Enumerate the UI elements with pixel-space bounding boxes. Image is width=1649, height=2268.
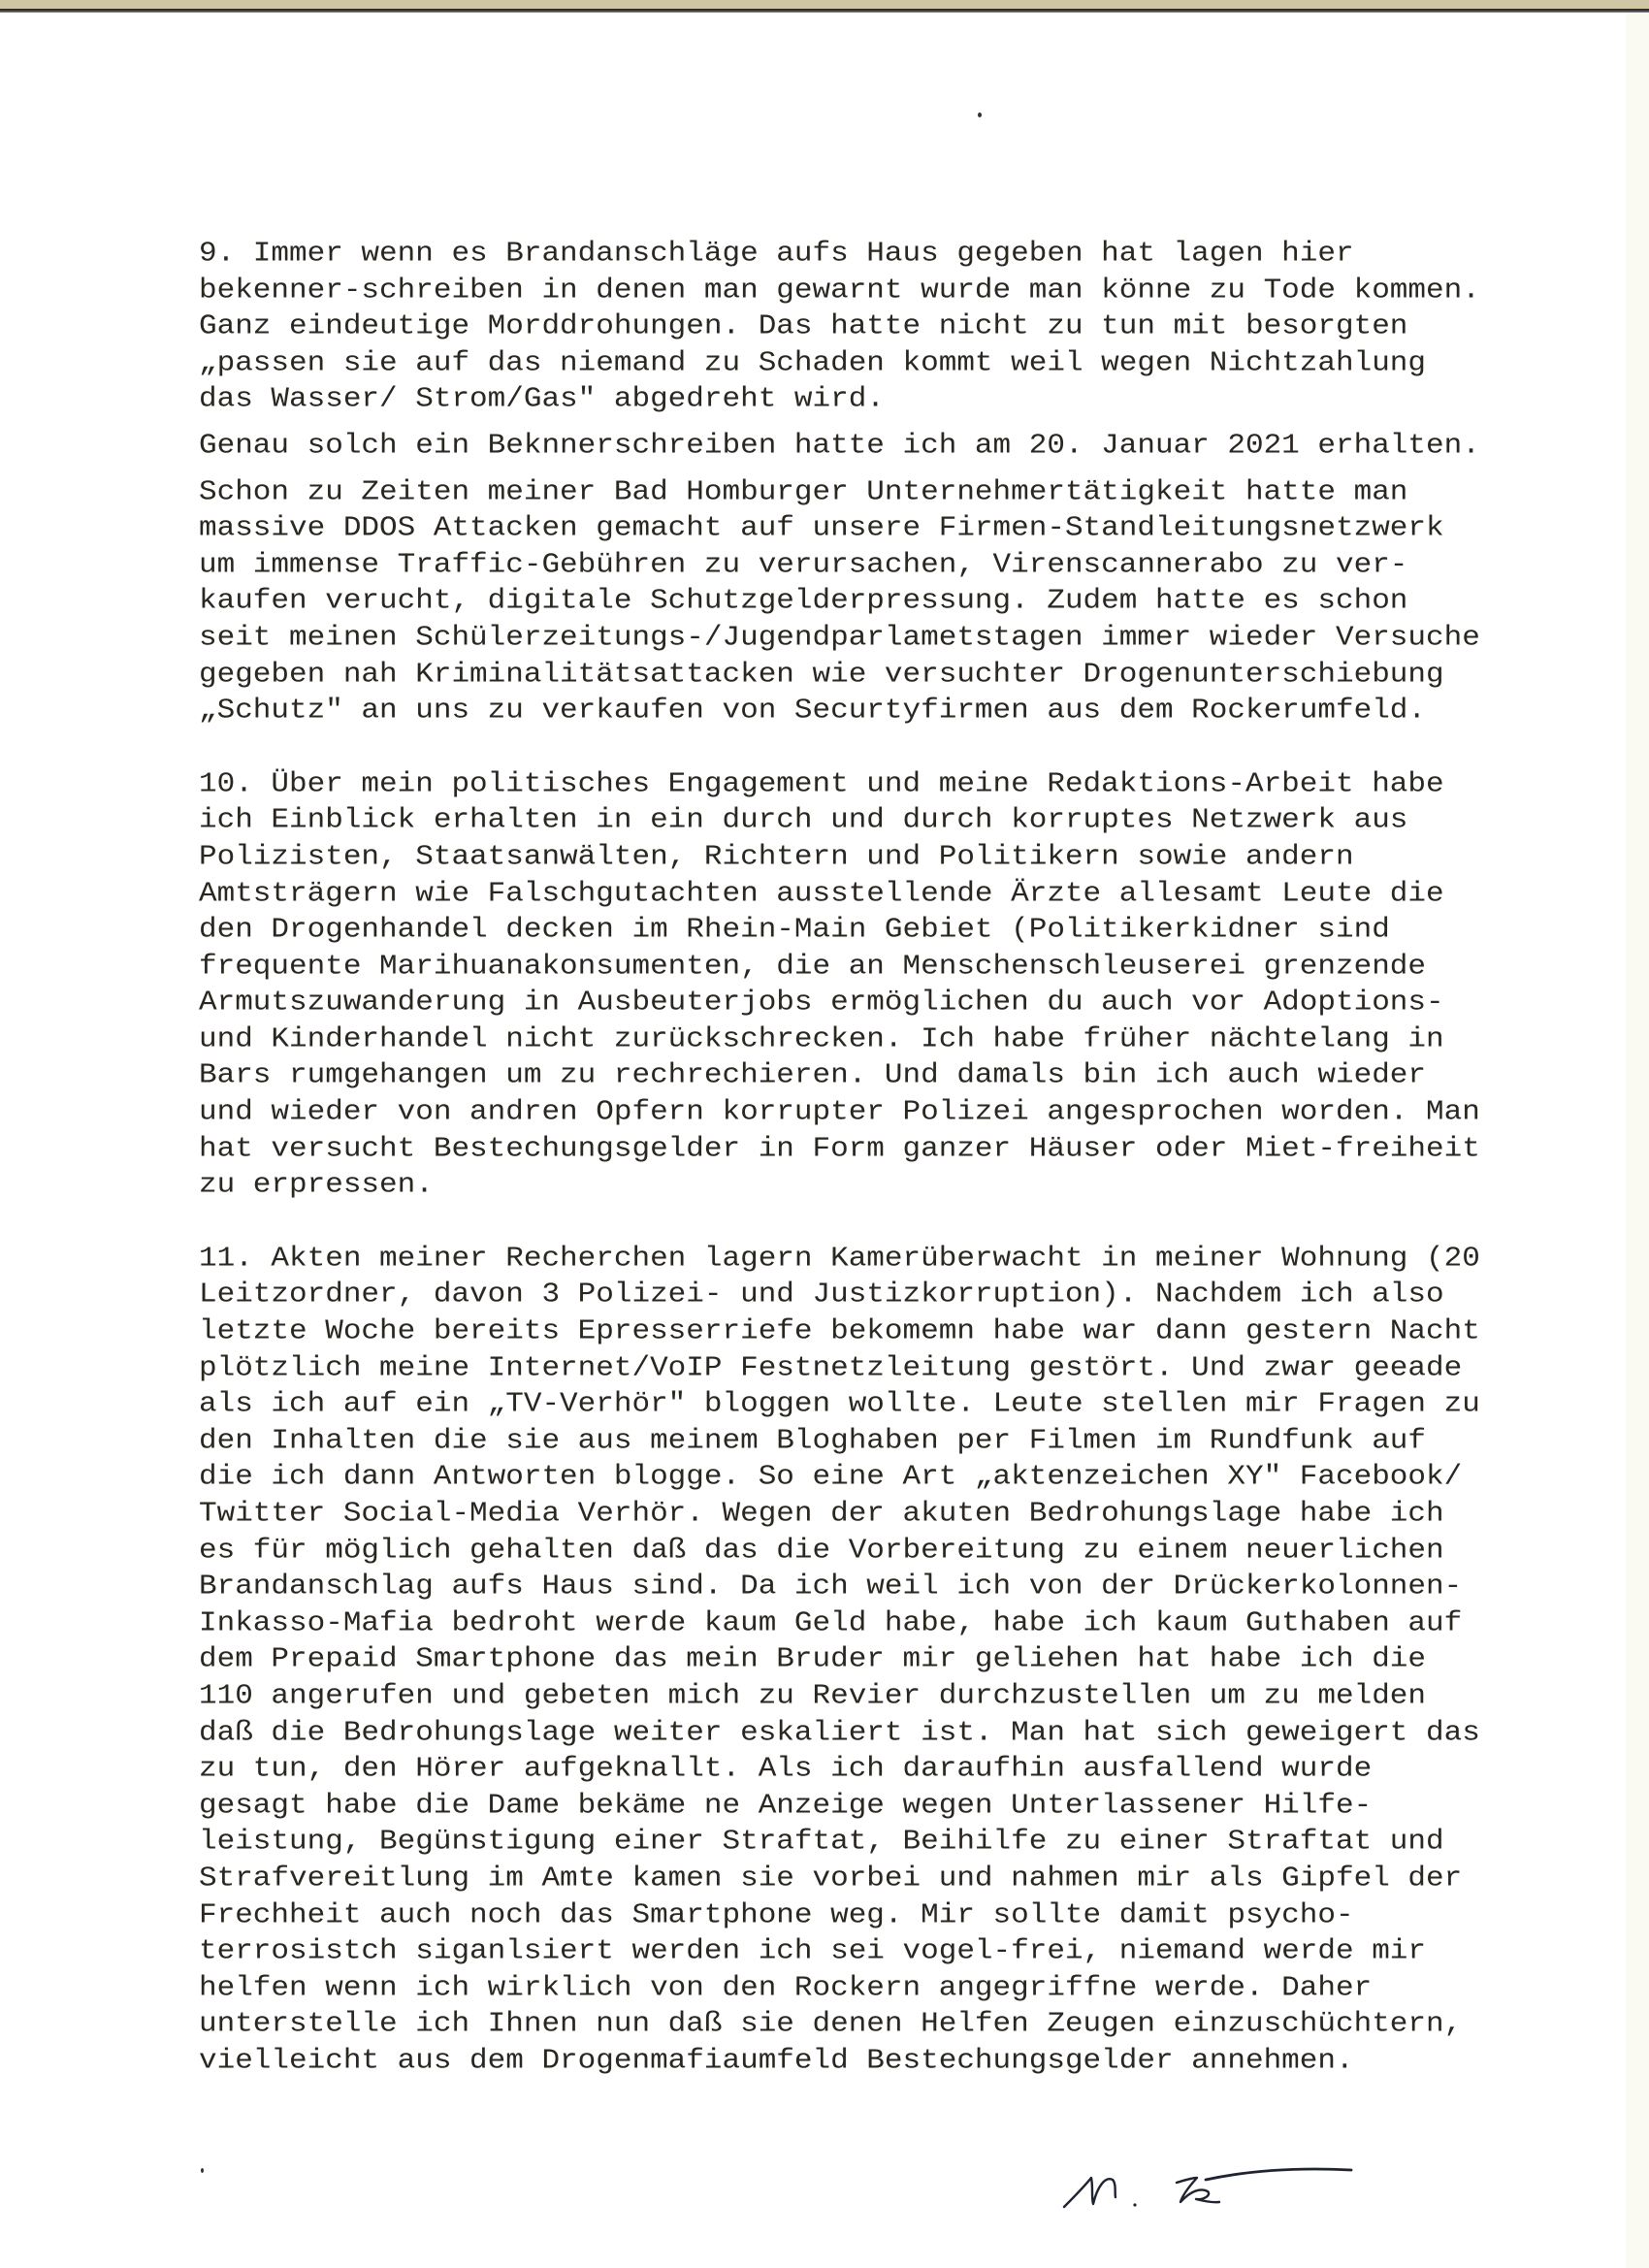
scan-speck <box>978 113 982 117</box>
text-line: bekenner-schreiben in denen man gewarnt … <box>199 274 1460 308</box>
text-line: Schon zu Zeiten meiner Bad Homburger Unt… <box>199 475 1460 509</box>
text-line: Genau solch ein Beknnerschreiben hatte i… <box>199 429 1460 463</box>
text-line: Frechheit auch noch das Smartphone weg. … <box>199 1898 1460 1932</box>
text-line: Leitzordner, davon 3 Polizei- und Justiz… <box>199 1279 1460 1312</box>
text-line: die ich dann Antworten blogge. So eine A… <box>199 1461 1460 1495</box>
text-line: terrosistch siganlsiert werden ich sei v… <box>199 1935 1460 1969</box>
text-line: seit meinen Schülerzeitungs-/Jugendparla… <box>199 621 1460 655</box>
scan-speck <box>201 2168 204 2173</box>
text-line: plötzlich meine Internet/VoIP Festnetzle… <box>199 1351 1460 1385</box>
text-line: „passen sie auf das niemand zu Schaden k… <box>199 346 1460 380</box>
text-line: zu tun, den Hörer aufgeknallt. Als ich d… <box>199 1753 1460 1787</box>
text-line: Twitter Social-Media Verhör. Wegen der a… <box>199 1498 1460 1532</box>
text-line: „Schutz" an uns zu verkaufen von Securty… <box>199 695 1460 729</box>
text-line: gesagt habe die Dame bekäme ne Anzeige w… <box>199 1789 1460 1823</box>
text-line: Inkasso-Mafia bedroht werde kaum Geld ha… <box>199 1606 1460 1640</box>
text-line: den Drogenhandel decken im Rhein-Main Ge… <box>199 914 1460 948</box>
text-line: letzte Woche bereits Epresserriefe bekom… <box>199 1315 1460 1349</box>
paragraph-gap <box>199 418 1460 428</box>
paragraph-10: 10. Über mein politisches Engagement und… <box>199 766 1460 1204</box>
text-line: daß die Bedrohungslage weiter eskaliert … <box>199 1716 1460 1750</box>
text-line: frequente Marihuanakonsumenten, die an M… <box>199 950 1460 984</box>
text-line: leistung, Begünstigung einer Straftat, B… <box>199 1826 1460 1860</box>
text-line: unterstelle ich Ihnen nun daß sie denen … <box>199 2008 1460 2042</box>
text-line: vielleicht aus dem Drogenmafiaumfeld Bes… <box>199 2044 1460 2078</box>
text-line: ich Einblick erhalten in ein durch und d… <box>199 804 1460 838</box>
text-line: Brandanschlag aufs Haus sind. Da ich wei… <box>199 1571 1460 1604</box>
paragraph-gap <box>199 465 1460 474</box>
paragraph-9: 9. Immer wenn es Brandanschläge aufs Hau… <box>199 236 1460 418</box>
text-line: dem Prepaid Smartphone das mein Bruder m… <box>199 1643 1460 1677</box>
text-line: 11. Akten meiner Recherchen lagern Kamer… <box>199 1242 1460 1276</box>
paragraph-9-note: Genau solch ein Beknnerschreiben hatte i… <box>199 428 1460 465</box>
scan-top-border-line <box>0 9 1649 13</box>
text-line: 9. Immer wenn es Brandanschläge aufs Hau… <box>199 238 1460 272</box>
text-line: um immense Traffic-Gebühren zu verursach… <box>199 548 1460 582</box>
text-line: Polizisten, Staatsanwälten, Richtern und… <box>199 840 1460 874</box>
text-line: Armutszuwanderung in Ausbeuterjobs ermög… <box>199 987 1460 1021</box>
text-line: den Inhalten die sie aus meinem Bloghabe… <box>199 1424 1460 1458</box>
text-line: Strafvereitlung im Amte kamen sie vorbei… <box>199 1862 1460 1895</box>
signature <box>1062 2149 1353 2226</box>
text-line: zu erpressen. <box>199 1169 1460 1203</box>
text-line: 110 angerufen und gebeten mich zu Revier… <box>199 1679 1460 1713</box>
text-line: als ich auf ein „TV-Verhör" bloggen woll… <box>199 1388 1460 1422</box>
text-line: 10. Über mein politisches Engagement und… <box>199 767 1460 801</box>
text-line: gegeben nah Kriminalitätsattacken wie ve… <box>199 658 1460 692</box>
paragraph-gap <box>199 1204 1460 1241</box>
scan-top-edge <box>0 0 1649 9</box>
text-line: kaufen verucht, digitale Schutzgelderpre… <box>199 585 1460 619</box>
document-body: 9. Immer wenn es Brandanschläge aufs Hau… <box>199 236 1460 2080</box>
text-line: es für möglich gehalten daß das die Vorb… <box>199 1534 1460 1568</box>
paragraph-9-continued: Schon zu Zeiten meiner Bad Homburger Unt… <box>199 474 1460 729</box>
scan-right-edge <box>1626 13 1649 2268</box>
paragraph-11: 11. Akten meiner Recherchen lagern Kamer… <box>199 1241 1460 2080</box>
text-line: Amtsträgern wie Falschgutachten ausstell… <box>199 877 1460 911</box>
text-line: das Wasser/ Strom/Gas" abgedreht wird. <box>199 383 1460 417</box>
text-line: helfen wenn ich wirklich von den Rockern… <box>199 1971 1460 2005</box>
text-line: massive DDOS Attacken gemacht auf unsere… <box>199 512 1460 546</box>
text-line: Bars rumgehangen um zu rechrechieren. Un… <box>199 1059 1460 1093</box>
text-line: Ganz eindeutige Morddrohungen. Das hatte… <box>199 310 1460 344</box>
text-line: und Kinderhandel nicht zurückschrecken. … <box>199 1022 1460 1056</box>
text-line: hat versucht Bestechungsgelder in Form g… <box>199 1132 1460 1166</box>
text-line: und wieder von andren Opfern korrupter P… <box>199 1096 1460 1130</box>
paragraph-gap <box>199 729 1460 766</box>
